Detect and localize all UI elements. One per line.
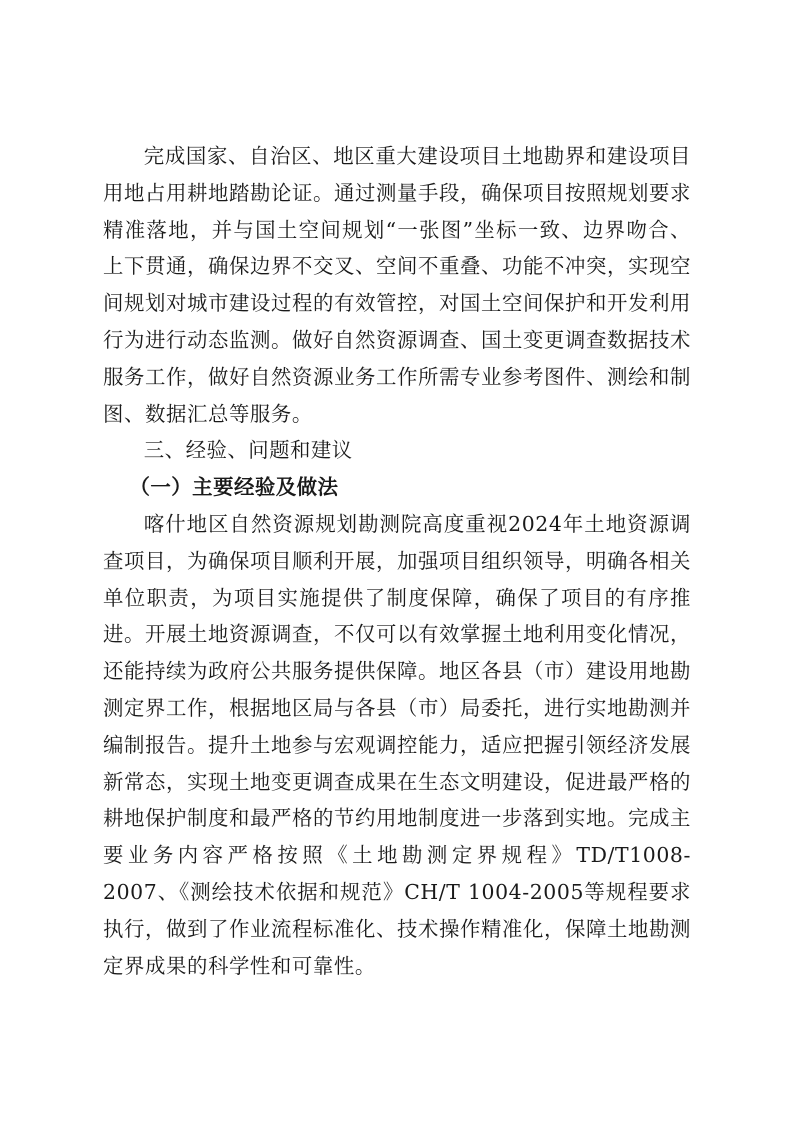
body-paragraph-1: 完成国家、自治区、地区重大建设项目土地勘界和建设项目用地占用耕地踏勘论证。通过测… bbox=[103, 138, 691, 432]
subsection-heading: （一）主要经验及做法 bbox=[103, 469, 691, 506]
body-paragraph-2: 喀什地区自然资源规划勘测院高度重视2024年土地资源调查项目，为确保项目顺利开展… bbox=[103, 506, 691, 984]
document-page: 完成国家、自治区、地区重大建设项目土地勘界和建设项目用地占用耕地踏勘论证。通过测… bbox=[103, 138, 691, 984]
section-heading: 三、经验、问题和建议 bbox=[103, 432, 691, 469]
